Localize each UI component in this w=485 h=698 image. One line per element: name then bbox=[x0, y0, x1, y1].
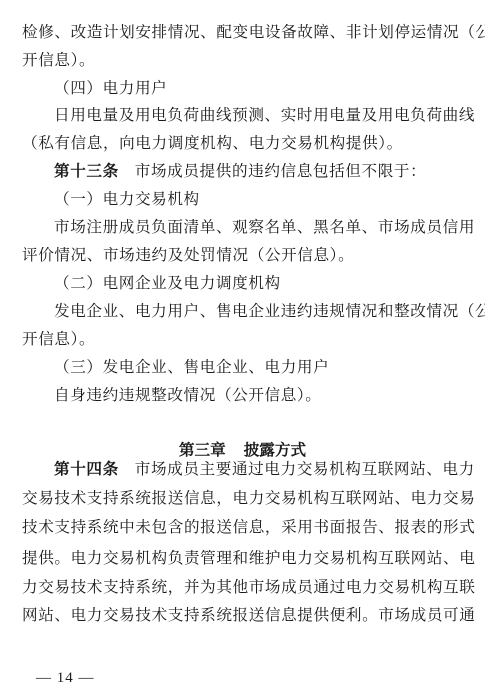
article-14: 第十四条市场成员主要通过电力交易机构互联网站、电力 bbox=[54, 459, 464, 479]
paragraph-line: 网站、电力交易技术支持系统报送信息提供便利。市场成员可通 bbox=[22, 605, 464, 625]
paragraph-line: 开信息）。 bbox=[22, 329, 464, 349]
document-page: 检修、改造计划安排情况、配变电设备故障、非计划停运情况（公 开信息）。 （四）电… bbox=[0, 0, 485, 698]
section-heading-generators-retailers-users: （三）发电企业、售电企业、电力用户 bbox=[54, 357, 464, 377]
paragraph-line: 交易技术支持系统报送信息，电力交易机构互联网站、电力交易 bbox=[22, 488, 464, 508]
chapter-number: 第三章 bbox=[179, 441, 226, 459]
paragraph-line: 自身违约违规整改情况（公开信息）。 bbox=[54, 385, 464, 405]
page-number: — 14 — bbox=[36, 669, 95, 687]
article-14-text: 市场成员主要通过电力交易机构互联网站、电力 bbox=[135, 460, 475, 478]
chapter-heading: 第三章披露方式 bbox=[0, 440, 485, 460]
paragraph-line: （私有信息，向电力调度机构、电力交易机构提供）。 bbox=[22, 133, 464, 153]
paragraph-line: 日用电量及用电负荷曲线预测、实时用电量及用电负荷曲线 bbox=[54, 105, 464, 125]
section-heading-power-users: （四）电力用户 bbox=[54, 78, 464, 98]
paragraph-line: 提供。电力交易机构负责管理和维护电力交易机构互联网站、电 bbox=[22, 548, 464, 568]
paragraph-line: 评价情况、市场违约及处罚情况（公开信息）。 bbox=[22, 245, 464, 265]
article-13-label: 第十三条 bbox=[54, 162, 119, 180]
paragraph-line: 检修、改造计划安排情况、配变电设备故障、非计划停运情况（公 bbox=[22, 22, 464, 42]
chapter-title: 披露方式 bbox=[244, 441, 306, 459]
paragraph-line: 开信息）。 bbox=[22, 50, 464, 70]
paragraph-line: 发电企业、电力用户、售电企业违约违规情况和整改情况（公 bbox=[54, 301, 464, 321]
paragraph-line: 力交易技术支持系统，并为其他市场成员通过电力交易机构互联 bbox=[22, 577, 464, 597]
section-heading-grid-dispatch: （二）电网企业及电力调度机构 bbox=[54, 273, 464, 293]
article-14-label: 第十四条 bbox=[54, 460, 119, 478]
section-heading-trading-center: （一）电力交易机构 bbox=[54, 189, 464, 209]
article-13: 第十三条市场成员提供的违约信息包括但不限于： bbox=[54, 161, 464, 181]
paragraph-line: 技术支持系统中未包含的报送信息，采用书面报告、报表的形式 bbox=[22, 517, 464, 537]
article-13-text: 市场成员提供的违约信息包括但不限于： bbox=[135, 162, 427, 180]
paragraph-line: 市场注册成员负面清单、观察名单、黑名单、市场成员信用 bbox=[54, 217, 464, 237]
